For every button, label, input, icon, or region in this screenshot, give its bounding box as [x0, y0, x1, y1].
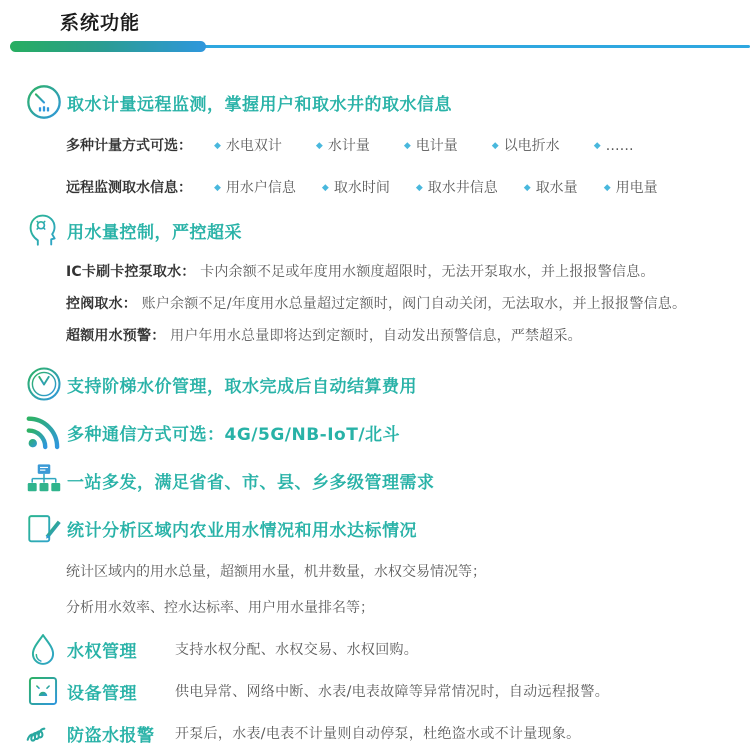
section-communication: 多种通信方式可选：4G/5G/NB-IoT/北斗 — [25, 412, 750, 452]
bullet-item: ◆取水量 — [524, 178, 578, 198]
remote-info-row: 远程监测取水信息： ◆用水户信息 ◆取水时间 ◆取水井信息 ◆取水量 ◆用电量 — [66, 178, 750, 198]
bullet-label: 以电折水 — [504, 136, 560, 156]
detail-line: IC卡刷卡控泵取水： 卡内余额不足或年度用水额度超限时，无法开泵取水，并上报报警… — [66, 262, 750, 282]
bullet-label: 用电量 — [616, 178, 658, 198]
statistics-line: 分析用水效率、控水达标率、用户用水量排名等； — [66, 598, 750, 618]
bullet-item: ◆水电双计 — [214, 136, 282, 156]
detail-text: 用户年用水总量即将达到定额时，自动发出预警信息，严禁超采。 — [170, 328, 582, 344]
statistics-line: 统计区域内的用水总量，超额用水量，机井数量，水权交易情况等； — [66, 562, 750, 582]
diamond-icon: ◆ — [524, 178, 531, 198]
diamond-icon: ◆ — [214, 178, 221, 198]
detail-label: IC卡刷卡控泵取水： — [66, 264, 195, 280]
alarm-device-icon — [25, 673, 67, 709]
section-device: 设备管理 供电异常、网络中断、水表/电表故障等异常情况时，自动远程报警。 — [25, 672, 750, 710]
detail-line: 控阀取水： 账户余额不足/年度用水总量超过定额时，阀门自动关闭，无法取水，并上报… — [66, 294, 750, 314]
yuan-coin-icon — [25, 365, 67, 403]
head-gear-icon — [25, 211, 67, 249]
bullet-label: 水计量 — [328, 136, 370, 156]
bullet-label: 取水时间 — [334, 178, 390, 198]
detail-label: 控阀取水： — [66, 296, 137, 312]
section-heading: 设备管理 — [67, 679, 159, 704]
detail-line: 超额用水预警： 用户年用水总量即将达到定额时，自动发出预警信息，严禁超采。 — [66, 326, 750, 346]
section-multilevel: 一站多发，满足省省、市、县、乡多级管理需求 — [25, 460, 750, 500]
section-description: 供电异常、网络中断、水表/电表故障等异常情况时，自动远程报警。 — [175, 681, 609, 701]
section-heading: 取水计量远程监测，掌握用户和取水井的取水信息 — [67, 90, 452, 115]
underline-gradient-bar — [10, 41, 206, 52]
section-description: 支持水权分配、水权交易、水权回购。 — [175, 639, 418, 659]
bullet-label: 水电双计 — [226, 136, 282, 156]
section-heading: 支持阶梯水价管理，取水完成后自动结算费用 — [67, 372, 417, 397]
bullet-item: ◆用电量 — [604, 178, 658, 198]
diamond-icon: ◆ — [322, 178, 329, 198]
section-heading: 水权管理 — [67, 637, 159, 662]
bullet-label: 取水量 — [536, 178, 578, 198]
section-anti-theft: 防盗水报警 开泵后，水表/电表不计量则自动停泵，杜绝盗水或不计量现象。 — [25, 714, 750, 752]
section-heading: 多种通信方式可选：4G/5G/NB-IoT/北斗 — [67, 420, 400, 445]
bullet-item: ◆取水井信息 — [416, 178, 498, 198]
diamond-icon: ◆ — [214, 136, 221, 156]
diamond-icon: ◆ — [492, 136, 499, 156]
signal-icon — [25, 413, 67, 451]
row-label: 多种计量方式可选： — [66, 136, 192, 156]
section-heading: 统计分析区域内农业用水情况和用水达标情况 — [67, 516, 417, 541]
section-statistics: 统计分析区域内农业用水情况和用水达标情况 — [25, 508, 750, 548]
diamond-icon: ◆ — [316, 136, 323, 156]
bullet-item: ◆水计量 — [316, 136, 370, 156]
water-drop-icon — [25, 631, 67, 667]
diamond-icon: ◆ — [404, 136, 411, 156]
page: 系统功能 取水计量远程监测，掌握用户和取水井的取水信息 多种计量方式可选： ◆水… — [0, 0, 750, 754]
section-pricing: 支持阶梯水价管理，取水完成后自动结算费用 — [25, 364, 750, 404]
report-pencil-icon — [25, 509, 67, 547]
title-underline — [0, 41, 750, 52]
section-heading: 一站多发，满足省省、市、县、乡多级管理需求 — [67, 468, 435, 493]
diamond-icon: ◆ — [594, 136, 601, 156]
bullet-label: 用水户信息 — [226, 178, 296, 198]
section-monitoring: 取水计量远程监测，掌握用户和取水井的取水信息 — [25, 82, 750, 122]
hierarchy-icon — [25, 461, 67, 499]
bullet-item: ◆取水时间 — [322, 178, 390, 198]
detail-text: 卡内余额不足或年度用水额度超限时，无法开泵取水，并上报报警信息。 — [200, 264, 654, 280]
row-label: 远程监测取水信息： — [66, 178, 192, 198]
section-heading: 防盗水报警 — [67, 721, 159, 746]
wave-icon — [25, 715, 67, 751]
bullet-label: 电计量 — [416, 136, 458, 156]
page-title: 系统功能 — [60, 0, 750, 36]
detail-label: 超额用水预警： — [66, 328, 165, 344]
section-control: 用水量控制，严控超采 — [25, 210, 750, 250]
bullet-item: ◆用水户信息 — [214, 178, 296, 198]
diamond-icon: ◆ — [604, 178, 611, 198]
bullet-item: ◆以电折水 — [492, 136, 560, 156]
metering-options-row: 多种计量方式可选： ◆水电双计 ◆水计量 ◆电计量 ◆以电折水 ◆…… — [66, 136, 750, 156]
section-water-rights: 水权管理 支持水权分配、水权交易、水权回购。 — [25, 630, 750, 668]
gauge-icon — [25, 83, 67, 121]
bullet-item: ◆电计量 — [404, 136, 458, 156]
detail-text: 账户余额不足/年度用水总量超过定额时，阀门自动关闭，无法取水，并上报报警信息。 — [142, 296, 687, 312]
section-description: 开泵后，水表/电表不计量则自动停泵，杜绝盗水或不计量现象。 — [175, 723, 580, 743]
bullet-item: ◆…… — [594, 136, 634, 156]
bullet-label: 取水井信息 — [428, 178, 498, 198]
bullet-label: …… — [606, 136, 634, 156]
section-heading: 用水量控制，严控超采 — [67, 218, 242, 243]
diamond-icon: ◆ — [416, 178, 423, 198]
